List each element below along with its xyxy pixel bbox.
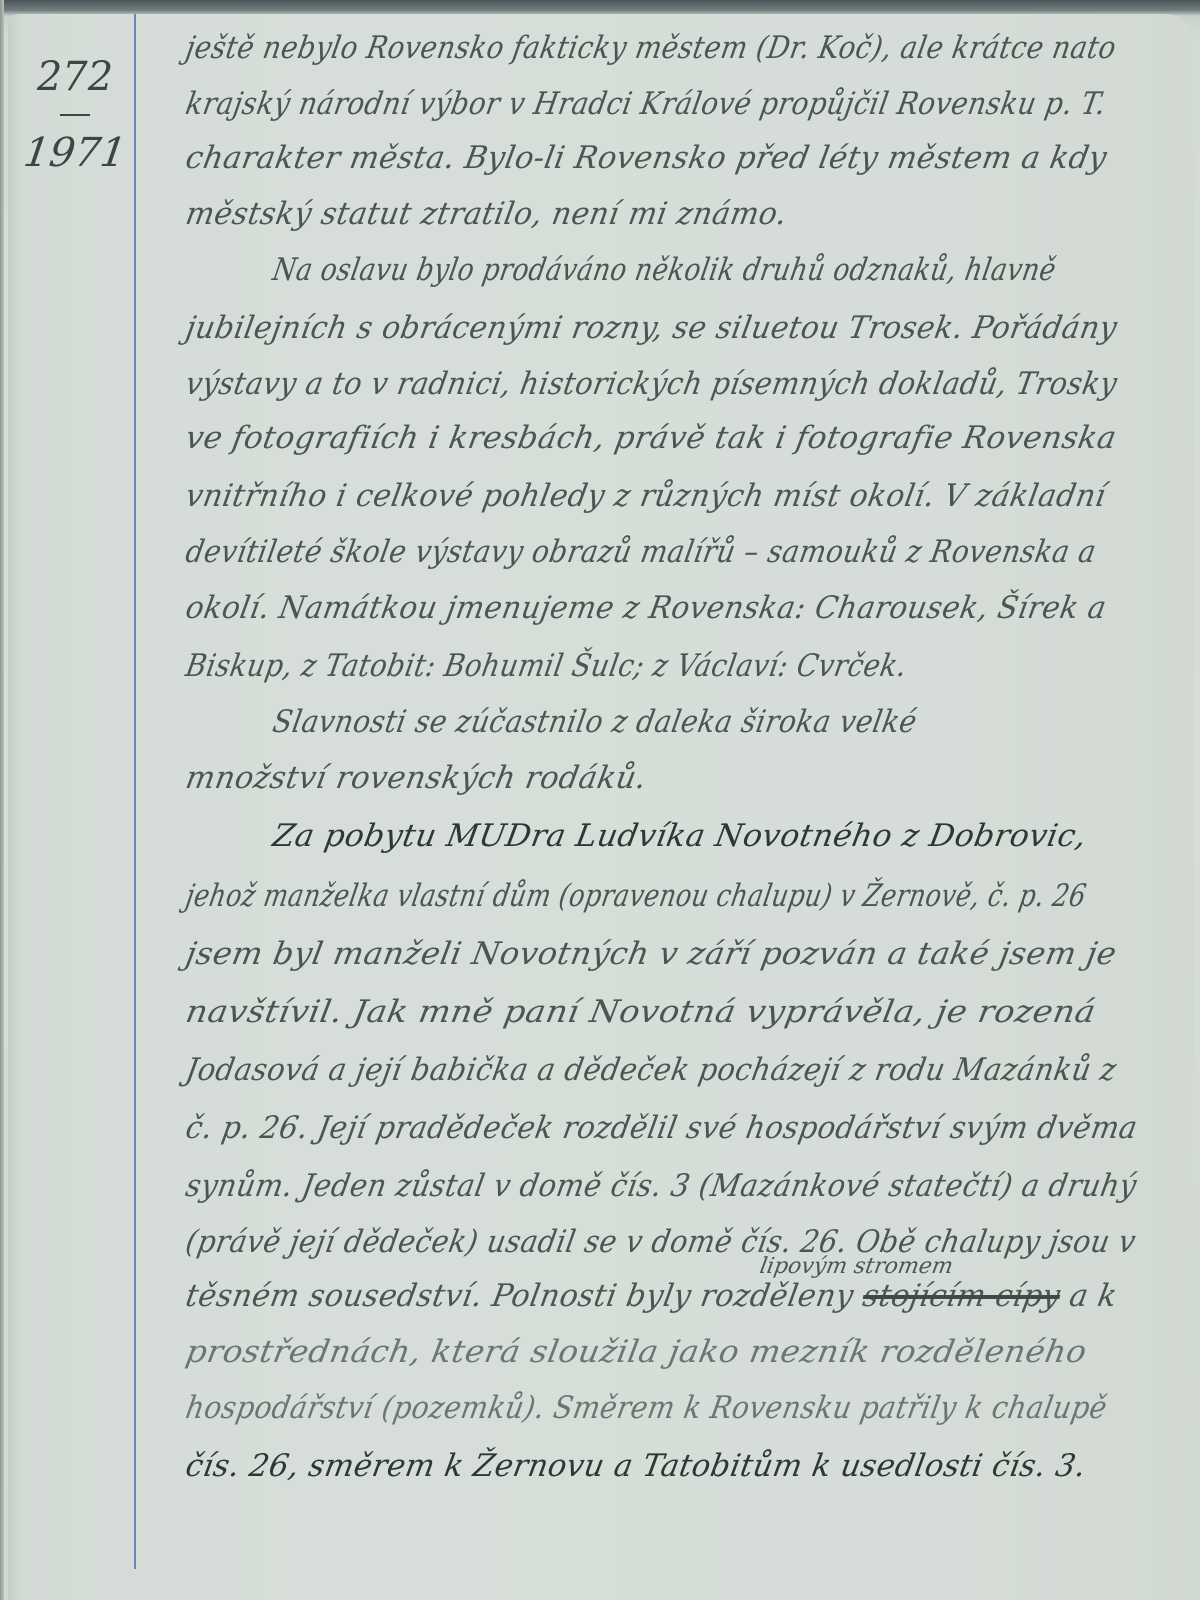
handwritten-line: devítileté škole výstavy obrazů malířů –…	[183, 534, 1099, 570]
handwritten-line: čís. 26, směrem k Žernovu a Tatobitům k …	[183, 1448, 1089, 1484]
handwritten-line: Slavnosti se zúčastnilo z daleka široka …	[270, 704, 920, 740]
handwritten-line: charakter města. Bylo-li Rovensko před l…	[183, 140, 1110, 176]
page-number: 272	[20, 54, 130, 100]
handwritten-line: hospodářství (pozemků). Směrem k Rovensk…	[183, 1390, 1110, 1426]
handwritten-body: ještě nebylo Rovensko fakticky městem (D…	[175, 0, 1165, 1600]
handwritten-line: jsem byl manželi Novotných v září pozván…	[183, 936, 1119, 972]
page-left-edge	[0, 0, 4, 1600]
interlinear-insertion: lipovým stromem	[758, 1254, 955, 1279]
handwritten-line: ještě nebylo Rovensko fakticky městem (D…	[183, 30, 1119, 66]
handwritten-line: Biskup, z Tatobit: Bohumil Šulc; z Václa…	[183, 648, 910, 684]
handwritten-line: Jodasová a její babička a dědeček pocház…	[183, 1052, 1119, 1088]
handwritten-line: výstavy a to v radnici, historických pís…	[183, 366, 1120, 402]
handwritten-line: krajský národní výbor v Hradci Králové p…	[183, 86, 1109, 122]
margin-column: 272 1971	[20, 40, 130, 176]
handwritten-line: navštívil. Jak mně paní Novotná vyprávěl…	[183, 994, 1099, 1030]
margin-rule	[134, 14, 136, 1569]
chronicle-year: 1971	[17, 130, 133, 176]
handwritten-line: městský statut ztratilo, není mi známo.	[183, 196, 790, 232]
handwritten-line: jubilejních s obrácenými rozny, se silue…	[183, 310, 1120, 346]
handwritten-line: č. p. 26. Její pradědeček rozdělil své h…	[183, 1110, 1140, 1146]
handwritten-line: těsném sousedství. Polnosti byly rozděle…	[183, 1278, 1120, 1314]
handwritten-line: Na oslavu bylo prodáváno několik druhů o…	[270, 252, 1059, 288]
handwritten-line: ve fotografiích i kresbách, právě tak i …	[183, 420, 1119, 456]
struck-text: stojícím cípy	[860, 1278, 1063, 1314]
handwritten-line: Za pobytu MUDra Ludvíka Novotného z Dobr…	[270, 818, 1089, 854]
handwritten-line: prostřednách, která sloužila jako mezník…	[183, 1334, 1090, 1370]
handwritten-line: okolí. Namátkou jmenujeme z Rovenska: Ch…	[183, 590, 1109, 626]
handwritten-line: (právě její dědeček) usadil se v domě čí…	[183, 1224, 1139, 1260]
handwritten-line: množství rovenských rodáků.	[183, 760, 649, 796]
handwritten-line: jehož manželka vlastní dům (opravenou ch…	[183, 878, 1089, 914]
handwritten-line: vnitřního i celkové pohledy z různých mí…	[183, 478, 1109, 514]
handwritten-line: synům. Jeden zůstal v domě čís. 3 (Mazán…	[183, 1168, 1139, 1204]
margin-divider	[60, 114, 90, 116]
